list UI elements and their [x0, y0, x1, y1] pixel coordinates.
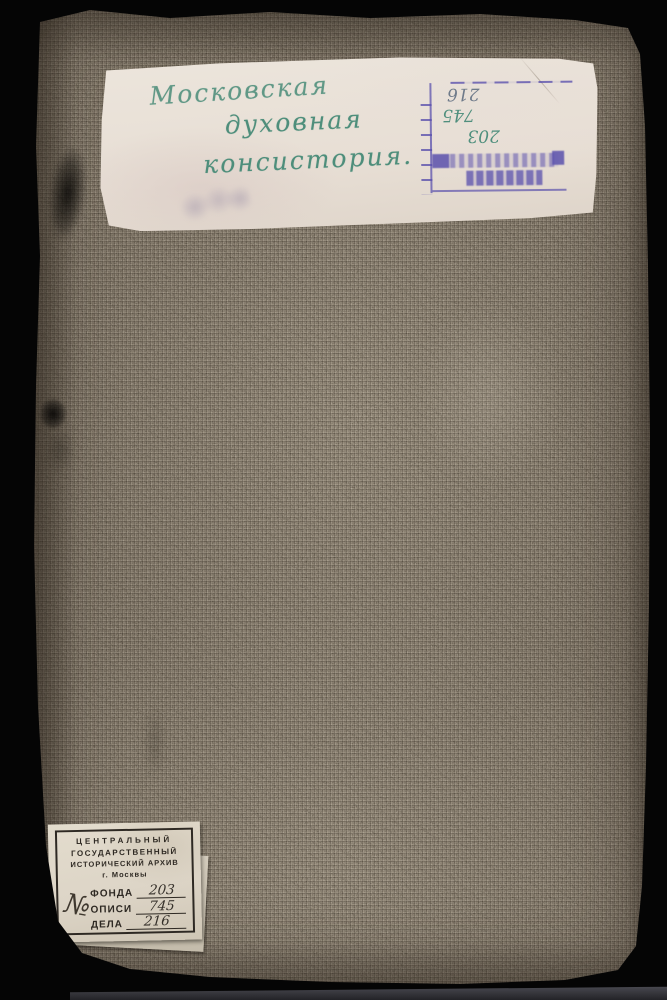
- upside-down-numbers: 203 745 216: [434, 81, 505, 146]
- upside-down-number: 745: [435, 103, 505, 125]
- stamp-bottom-rule: [432, 189, 566, 192]
- row-label: ОПИСИ: [90, 904, 132, 916]
- row-value-handwritten: 203: [137, 884, 187, 899]
- stamp-mark: [552, 151, 564, 165]
- row-value-handwritten: 745: [136, 899, 188, 914]
- archive-row-delo: ДЕЛА 216: [91, 913, 187, 930]
- row-value-handwritten: 216: [126, 915, 187, 930]
- archive-row-opis: ОПИСИ 745: [90, 898, 186, 915]
- table-surface: [70, 986, 667, 1000]
- archive-label-border: ЦЕНТРАЛЬНЫЙ ГОСУДАРСТВЕННЫЙ ИСТОРИЧЕСКИЙ…: [55, 828, 195, 936]
- archive-rows: № ФОНДА 203 ОПИСИ 745 ДЕЛА 216: [62, 882, 187, 932]
- book-cover: Московская духовная консистория. 203 745…: [30, 6, 652, 986]
- archive-org-name-line-3: ИСТОРИЧЕСКИЙ АРХИВ: [60, 858, 190, 870]
- archive-org-city: г. Москвы: [60, 869, 190, 881]
- stamp-row: [466, 170, 542, 186]
- title-line-3: консистория.: [203, 141, 414, 179]
- upside-down-number: 203: [435, 124, 505, 146]
- ink-bleedthrough: [178, 179, 253, 225]
- archive-org-name-line-1: ЦЕНТРАЛЬНЫЙ: [59, 835, 189, 847]
- stamp-row: [432, 153, 558, 168]
- title-line-1: Московская: [149, 71, 330, 111]
- row-label: ДЕЛА: [91, 919, 123, 931]
- photo-stage: Московская духовная консистория. 203 745…: [0, 0, 667, 1000]
- title-line-2: духовная: [224, 104, 363, 139]
- margin-tick-marks: [421, 98, 433, 194]
- archive-label: ЦЕНТРАЛЬНЫЙ ГОСУДАРСТВЕННЫЙ ИСТОРИЧЕСКИЙ…: [48, 821, 202, 942]
- upside-down-number: 216: [434, 82, 504, 104]
- row-label: ФОНДА: [90, 888, 133, 900]
- archive-org-name-line-2: ГОСУДАРСТВЕННЫЙ: [59, 847, 189, 859]
- numero-sign: №: [59, 888, 94, 934]
- title-label: Московская духовная консистория. 203 745…: [99, 54, 599, 231]
